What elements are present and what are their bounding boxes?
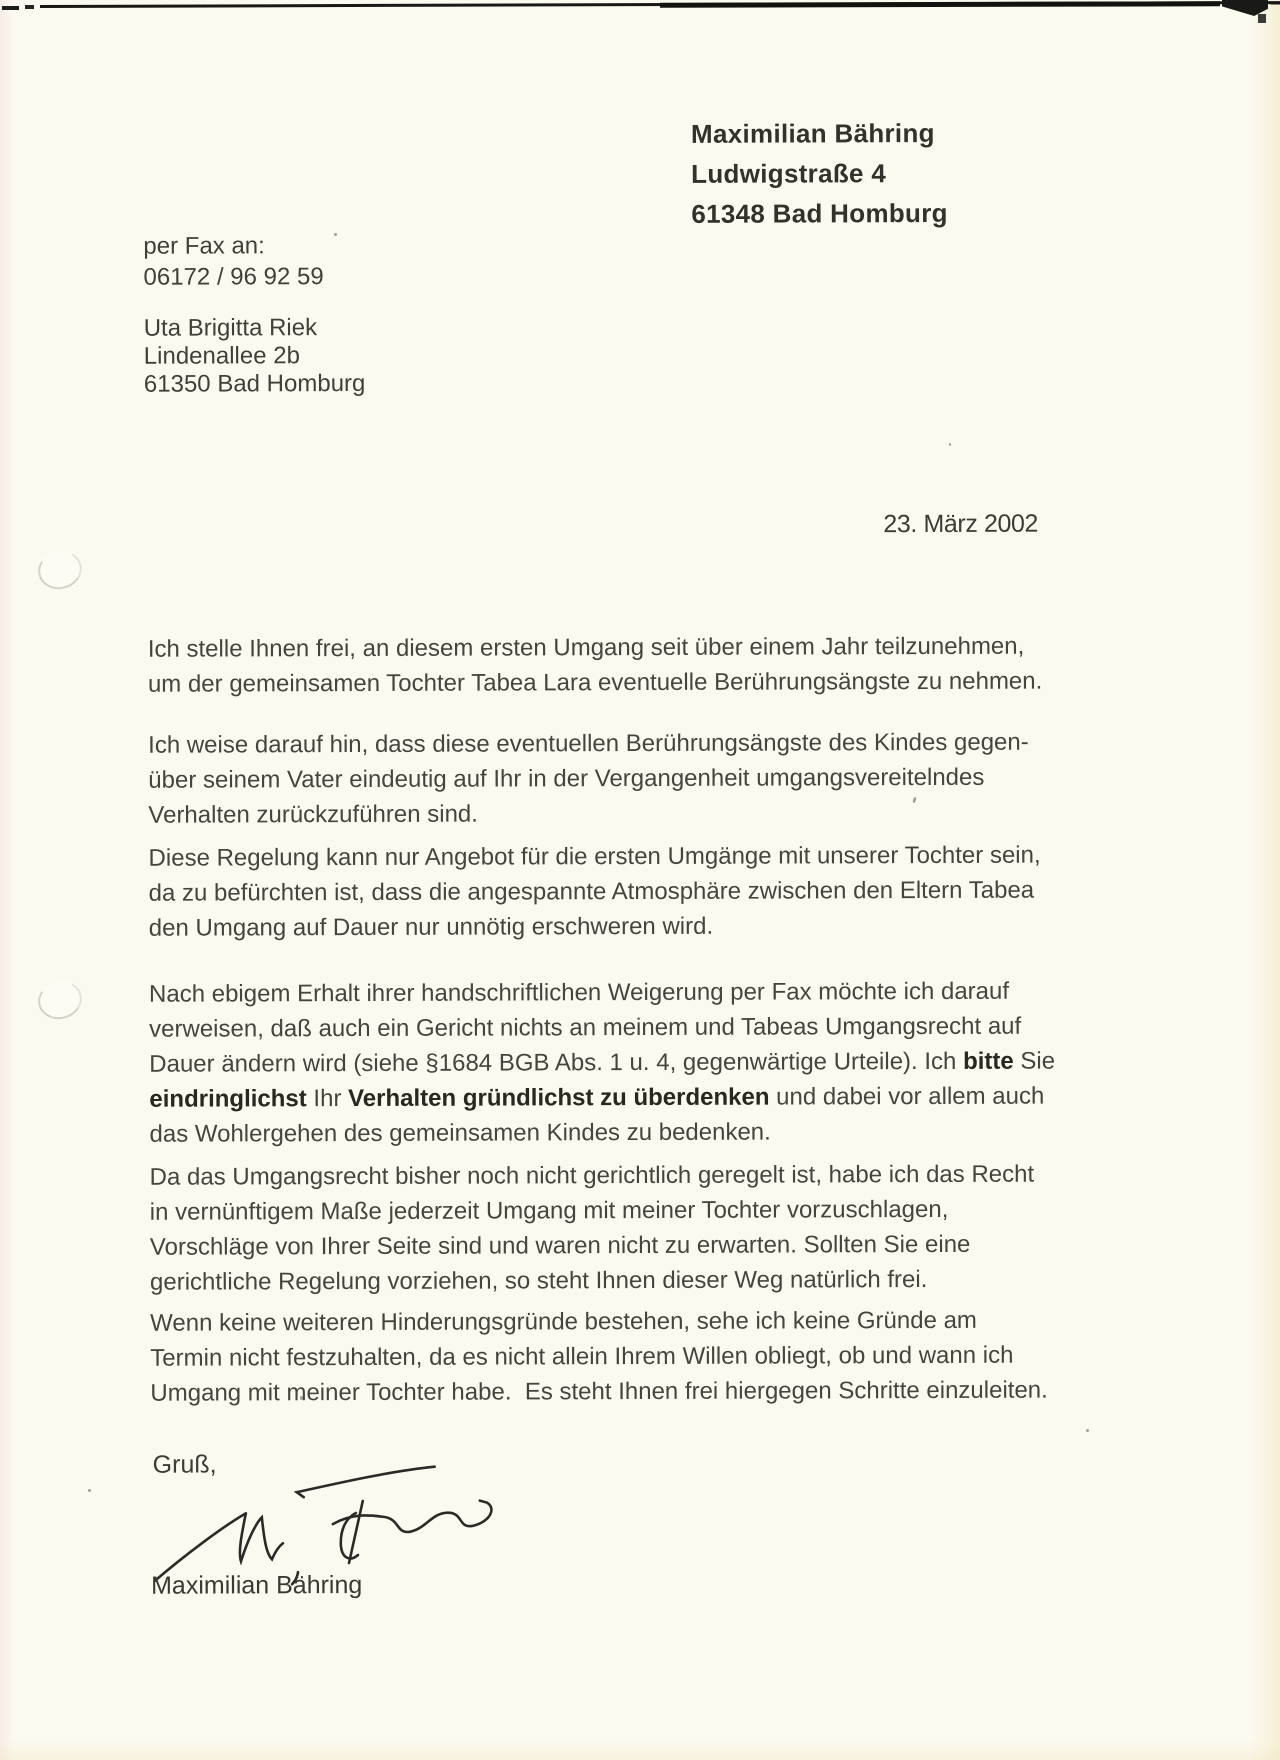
fax-number: 06172 / 96 92 59: [143, 261, 323, 293]
text-segment: und dabei vor allem auch: [769, 1083, 1044, 1111]
sender-address-block: Maximilian Bähring Ludwigstraße 4 61348 …: [691, 113, 948, 234]
body-line: über seinem Vater eindeutig auf Ihr in d…: [148, 760, 1029, 798]
body-line: in vernünftigem Maße jederzeit Umgang mi…: [150, 1192, 1035, 1230]
body-line: da zu befürchten ist, dass die angespann…: [149, 873, 1041, 911]
body-line: Da das Umgangsrecht bisher noch nicht ge…: [150, 1157, 1035, 1195]
paragraph: Diese Regelung kann nur Angebot für die …: [148, 838, 1040, 946]
recipient-name: Uta Brigitta Riek: [144, 314, 366, 343]
body-line: Ich weise darauf hin, dass diese eventue…: [148, 725, 1029, 763]
body-line: Nach ebigem Erhalt ihrer handschriftlich…: [149, 974, 1055, 1012]
fax-block: per Fax an: 06172 / 96 92 59: [143, 230, 323, 293]
body-line: das Wohlergehen des gemeinsamen Kindes z…: [149, 1114, 1055, 1152]
scanned-letter-page: Maximilian Bähring Ludwigstraße 4 61348 …: [0, 0, 1280, 1760]
bold-emphasis: eindringlichst: [149, 1085, 306, 1113]
paragraph: Nach ebigem Erhalt ihrer handschriftlich…: [149, 974, 1055, 1152]
bold-emphasis: bitte: [963, 1048, 1014, 1075]
body-line: Wenn keine weiteren Hinderungsgründe bes…: [150, 1303, 1048, 1341]
text-segment: Ihr: [307, 1085, 348, 1112]
body-line: den Umgang auf Dauer nur unnötig erschwe…: [149, 908, 1041, 946]
paragraph: Wenn keine weiteren Hinderungsgründe bes…: [150, 1303, 1048, 1411]
body-line: eindringlichst Ihr Verhalten gründlichst…: [149, 1079, 1055, 1117]
recipient-address-block: Uta Brigitta Riek Lindenallee 2b 61350 B…: [144, 314, 366, 399]
paragraph: Ich weise darauf hin, dass diese eventue…: [148, 725, 1029, 833]
paragraph: Ich stelle Ihnen frei, an diesem ersten …: [148, 629, 1043, 702]
sender-street: Ludwigstraße 4: [691, 153, 948, 194]
recipient-street: Lindenallee 2b: [144, 342, 366, 371]
recipient-city: 61350 Bad Homburg: [144, 370, 366, 399]
body-line: Vorschläge von Ihrer Seite sind und ware…: [150, 1227, 1035, 1265]
letter-content: Maximilian Bähring Ludwigstraße 4 61348 …: [0, 0, 1280, 1760]
signature-name: Maximilian Bähring: [151, 1571, 362, 1601]
body-line: verweisen, daß auch ein Gericht nichts a…: [149, 1009, 1055, 1047]
bold-emphasis: Verhalten gründlichst zu überdenken: [348, 1084, 769, 1112]
body-line: gerichtliche Regelung vorziehen, so steh…: [150, 1262, 1035, 1300]
body-line: Umgang mit meiner Tochter habe. Es steht…: [150, 1373, 1048, 1411]
fax-label: per Fax an:: [143, 230, 323, 262]
text-segment: Dauer ändern wird (siehe §1684 BGB Abs. …: [149, 1048, 963, 1078]
body-line: Termin nicht festzuhalten, da es nicht a…: [150, 1338, 1048, 1376]
sender-name: Maximilian Bähring: [691, 113, 948, 154]
paragraph: Da das Umgangsrecht bisher noch nicht ge…: [150, 1157, 1035, 1300]
body-line: Ich stelle Ihnen frei, an diesem ersten …: [148, 629, 1042, 667]
sender-city: 61348 Bad Homburg: [691, 193, 948, 234]
body-line: Diese Regelung kann nur Angebot für die …: [148, 838, 1040, 876]
body-line: Verhalten zurückzuführen sind.: [148, 795, 1029, 833]
text-segment: Sie: [1014, 1048, 1055, 1075]
body-line: Dauer ändern wird (siehe §1684 BGB Abs. …: [149, 1044, 1055, 1082]
letter-date: 23. März 2002: [883, 510, 1038, 540]
body-line: um der gemeinsamen Tochter Tabea Lara ev…: [148, 664, 1042, 702]
